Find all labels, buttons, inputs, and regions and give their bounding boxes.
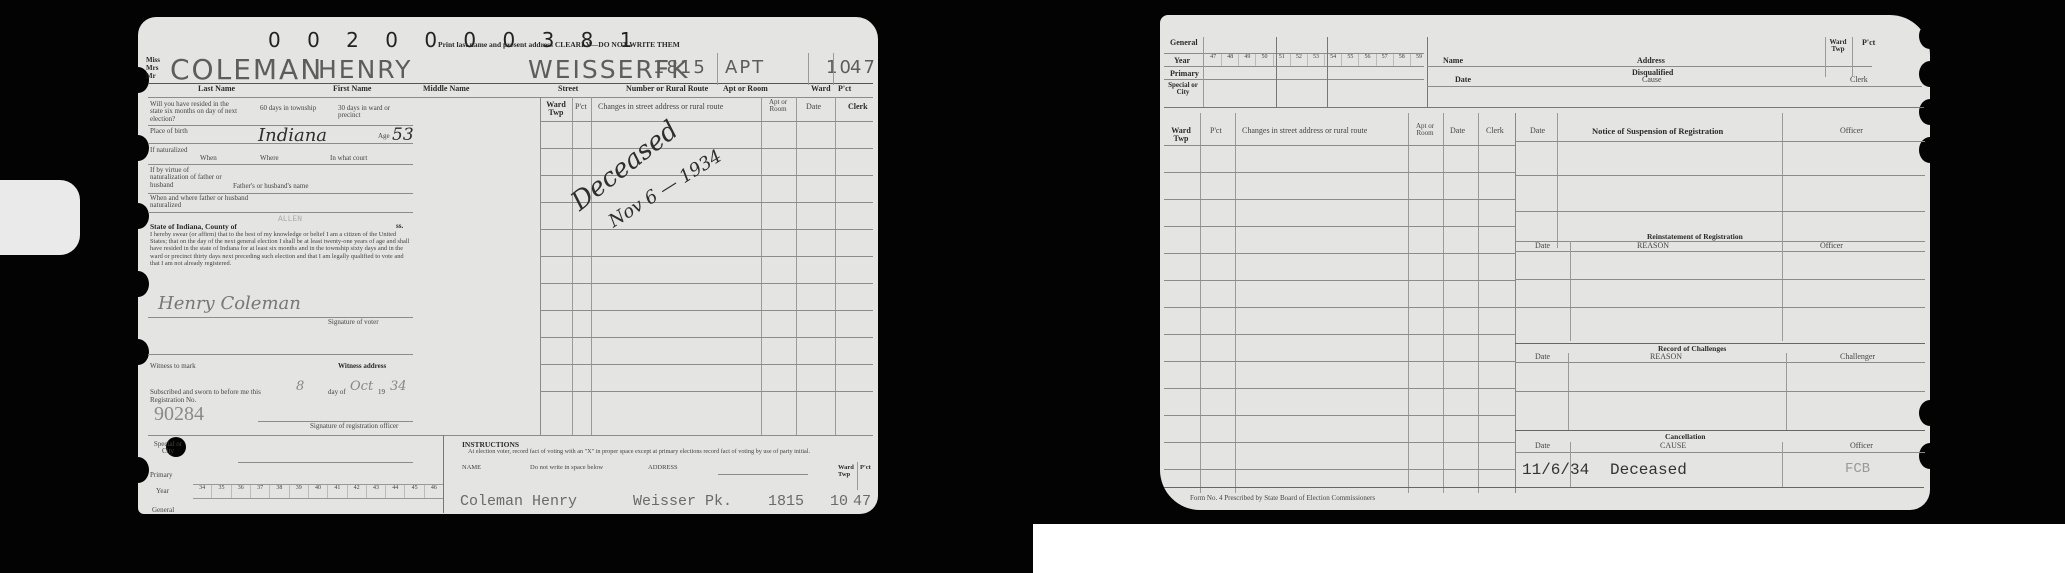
salutation-mr: Mr [146,73,156,80]
year-col: 52 [1291,54,1308,66]
label-special-city: Special or City [148,441,188,456]
label-apt-room: Apt or Room [723,85,768,93]
year-col: 53 [1308,54,1325,66]
label-chal-reason: REASON [1650,353,1682,361]
print-instruction: Print last name and present address CLEA… [438,41,680,49]
apt-value: APT [725,57,765,78]
label-top-ward-twp: Ward Twp [1827,39,1849,54]
year-columns-back: 47 48 49 50 51 52 53 54 55 56 57 58 59 [1205,54,1427,66]
last-name-value: COLEMAN [170,53,323,86]
registration-card-front: 0 0 2 0 0 0 0 3 8 1 Print last name and … [138,17,878,514]
year-columns-front: 34 35 36 37 38 39 40 41 42 43 44 45 46 [193,484,443,499]
label-father-name: Father's or husband's name [233,183,308,190]
label-strip-pct: P'ct [860,465,871,472]
year-col: 36 [232,485,251,498]
year-col: 42 [348,485,367,498]
label-primary: Primary [150,472,173,479]
punch-hole [127,203,149,229]
label-canc-date: Date [1535,442,1550,450]
label-court: In what court [330,155,367,162]
year-col: 35 [212,485,231,498]
county-value: ALLEN [278,215,302,224]
punch-hole [1919,23,1941,49]
instructions-text: At election voter, record fact of voting… [468,449,858,456]
label-grid-clerk: Clerk [848,103,868,111]
label-reinst-officer: Officer [1820,242,1843,250]
typed-ward: 10 [830,493,848,510]
label-by-virtue: If by virtue of naturalization of father… [150,167,225,189]
year-col: 48 [1222,54,1239,66]
year-col: 38 [270,485,289,498]
age-value: 53 [392,125,414,145]
label-signature-voter: Signature of voter [328,319,379,326]
label-year-row: Year [1174,57,1190,65]
year-col: 43 [367,485,386,498]
label-reinstatement: Reinstatement of Registration [1647,233,1743,241]
label-grid-apt: Apt or Room [1412,123,1438,138]
pct-value: 47 [850,57,877,78]
label-ss: ss. [396,223,403,230]
label-top-pct: P'ct [1862,39,1875,47]
label-reinst-reason: REASON [1637,242,1669,250]
label-grid-ward-twp: Ward Twp [542,101,570,118]
year-col: 44 [386,485,405,498]
year-col: 59 [1411,54,1427,66]
label-place-of-birth: Place of birth [150,128,190,135]
form-footer: Form No. 4 Prescribed by State Board of … [1190,495,1375,502]
label-naturalized: If naturalized [150,147,188,154]
label-susp-officer: Officer [1840,127,1863,135]
label-grid-changes: Changes in street address or rural route [1242,127,1367,135]
label-general: General [1170,39,1198,47]
number-value: 1815 [653,57,707,78]
label-witness-address: Witness address [338,363,386,370]
ward-value: 10 [826,57,853,78]
year-col: 55 [1342,54,1359,66]
punch-hole [127,339,149,365]
label-when-where-father: When and where father or husband natural… [150,195,250,210]
year-col: 56 [1359,54,1376,66]
label-number-route: Number or Rural Route [626,85,708,93]
year-col: 34 [193,485,212,498]
year-col: 37 [251,485,270,498]
voter-signature-value: Henry Coleman [158,293,301,314]
punch-hole [127,135,149,161]
label-witness: Witness to mark [150,363,196,370]
label-grid-pct: P'ct [1210,127,1222,135]
label-canc-officer: Officer [1850,442,1873,450]
label-year: 19 [378,389,385,396]
typed-number: 1815 [768,493,804,510]
blank-region [1033,524,2065,573]
label-age: Age [378,133,390,140]
year-col: 49 [1239,54,1256,66]
label-when: When [200,155,217,162]
sworn-day-value: 8 [296,379,304,394]
label-grid-date: Date [806,103,821,111]
punch-hole [127,457,149,483]
label-signature-officer: Signature of registration officer [310,423,398,430]
label-days-township: 60 days in township [260,105,320,112]
label-cause: Cause [1642,76,1662,84]
label-canc-cause: CAUSE [1660,442,1686,450]
year-col: 45 [405,485,424,498]
year-col: 50 [1256,54,1273,66]
label-street: Street [558,85,578,93]
label-ward: Ward [811,85,831,93]
label-grid-changes: Changes in street address or rural route [598,103,723,111]
year-col: 41 [328,485,347,498]
label-primary: Primary [1170,70,1199,78]
label-chal-date: Date [1535,353,1550,361]
oath-text: I hereby swear (or affirm) that to the b… [150,231,412,267]
label-disq-clerk: Clerk [1850,76,1868,84]
year-col: 39 [290,485,309,498]
cancellation-date-value: 11/6/34 [1522,461,1589,479]
label-year-row: Year [156,488,169,495]
registration-card-back: General Year 47 48 49 50 51 52 53 54 55 … [1160,15,1930,510]
adjacent-card-fragment [0,180,80,255]
registration-no-value: 90284 [154,403,204,426]
label-grid-date: Date [1450,127,1465,135]
label-cancellation: Cancellation [1665,433,1705,441]
cancellation-officer-value: FCB [1845,461,1870,477]
label-middle-name: Middle Name [423,85,469,93]
label-special-city: Special or City [1168,82,1198,97]
label-grid-apt: Apt or Room [764,99,792,114]
sworn-month-value: Oct [350,379,373,394]
label-resided-state: Will you have resided in the state six m… [150,101,240,123]
year-col: 57 [1377,54,1394,66]
typed-name: Coleman Henry [460,493,577,510]
sworn-year-value: 34 [390,379,407,394]
punch-hole [1919,400,1941,426]
label-name: Name [1443,57,1463,65]
year-col: 47 [1205,54,1222,66]
label-notice-suspension: Notice of Suspension of Registration [1592,127,1723,136]
label-do-not-write: Do not write in space below [530,465,603,472]
label-days-ward: 30 days in ward or precinct [338,105,408,120]
label-pct: P'ct [838,85,851,93]
label-disq-date: Date [1455,76,1471,84]
punch-hole [127,271,149,297]
label-day-of: day of [328,389,346,396]
label-state-county: State of Indiana, County of [150,223,237,231]
label-susp-date: Date [1530,127,1545,135]
first-name-value: HENRY [318,55,412,84]
year-col: 40 [309,485,328,498]
punch-hole [1919,443,1941,469]
label-reinst-date: Date [1535,242,1550,250]
label-strip-name: NAME [462,465,481,472]
label-general: General [152,507,174,514]
cancellation-cause-value: Deceased [1610,461,1687,479]
year-col: 46 [425,485,443,498]
label-strip-address: ADDRESS [648,465,678,472]
typed-pct: 47 [853,493,871,510]
label-last-name: Last Name [198,85,235,93]
label-grid-clerk: Clerk [1486,127,1504,135]
label-where: Where [260,155,279,162]
label-address: Address [1637,57,1665,65]
label-grid-ward-twp: Ward Twp [1166,127,1196,144]
punch-hole [1919,61,1941,87]
label-first-name: First Name [333,85,371,93]
punch-hole [1919,99,1941,125]
typed-address: Weisser Pk. [633,493,732,510]
label-grid-pct: P'ct [575,103,587,111]
label-challenger: Challenger [1840,353,1875,361]
year-col: 58 [1394,54,1411,66]
